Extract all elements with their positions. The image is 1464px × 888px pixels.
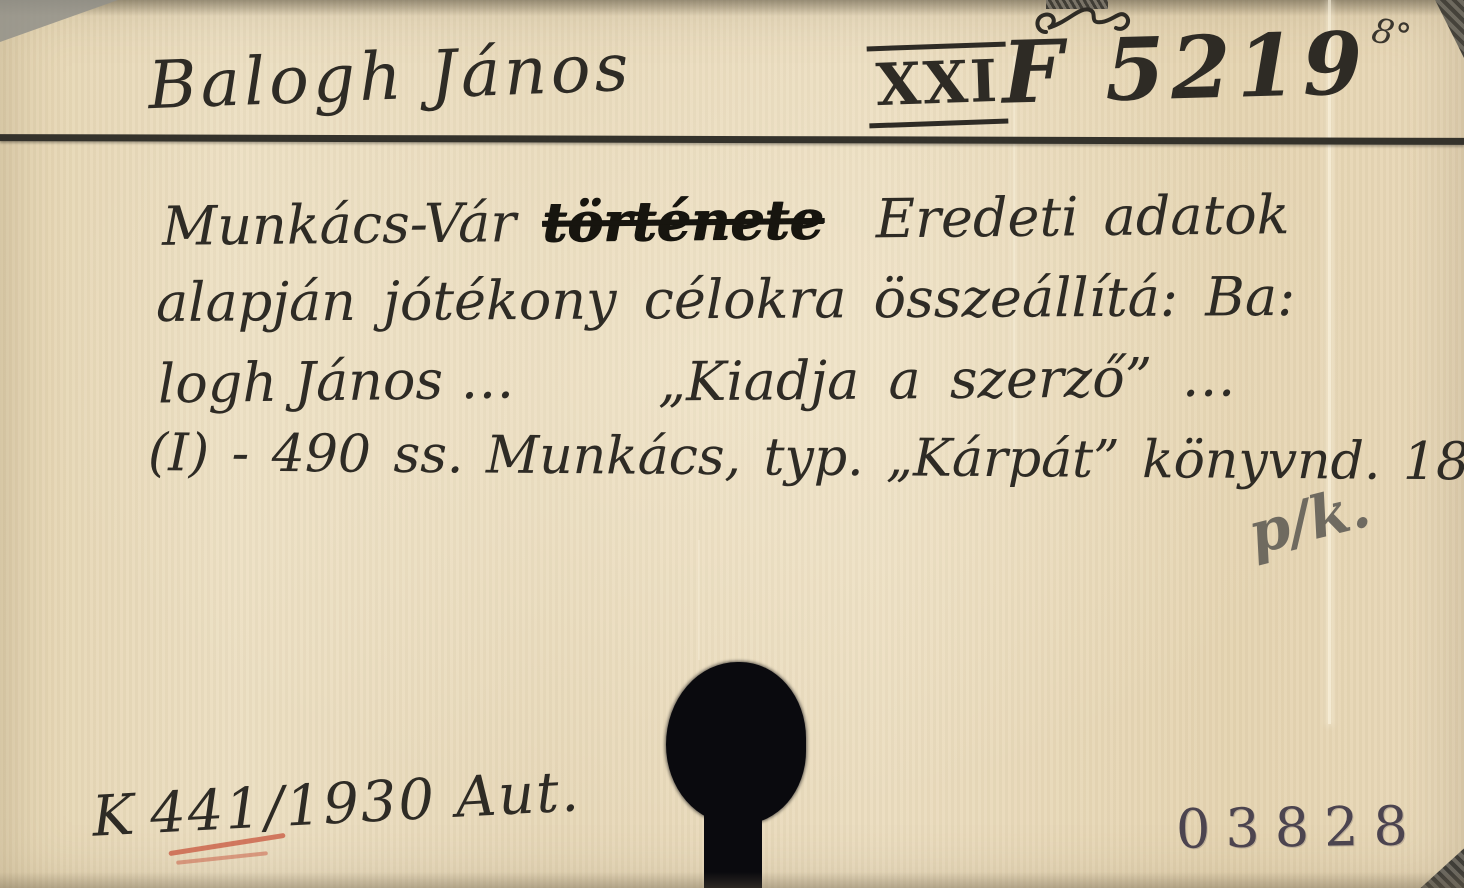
accession-number: 441	[148, 776, 264, 847]
accession-note: K441/1930 Aut.	[91, 759, 582, 849]
format-mark: 8°	[1368, 10, 1414, 57]
title-part-emphasized: története	[542, 187, 824, 254]
shelfmark-number: F 5219	[1001, 13, 1370, 124]
card-crease-line	[698, 540, 700, 660]
shelfmark-class: XXI	[867, 42, 1009, 129]
bottom-edge-shadow	[0, 872, 1464, 888]
accession-prefix: K	[91, 783, 138, 850]
red-pencil-mark	[176, 851, 268, 865]
title-part: Munkács-Vár	[162, 191, 517, 258]
publisher-note: „Kiadja a szerző” …	[658, 345, 1236, 413]
header-rule	[0, 134, 1464, 145]
title-line-1: Munkács-VártörténeteEredeti adatok	[162, 182, 1290, 258]
title-line-3-left: logh János …	[158, 348, 515, 416]
stamp-number: 03828	[1176, 794, 1424, 860]
collation-imprint-line: (I) - 490 ss. Munkács, typ. „Kárpát” kön…	[148, 423, 1464, 493]
title-part: Eredeti adatok	[875, 183, 1289, 250]
top-edge-shadow	[0, 0, 1464, 16]
catalog-card-scan: Balogh János XXI F 5219 8° Munkács-Vártö…	[0, 0, 1464, 888]
title-line-2: alapján jótékony célokra összeállítá: Ba…	[156, 265, 1296, 334]
author-name: Balogh János	[147, 29, 634, 125]
accession-suffix: /1930 Aut.	[263, 759, 582, 840]
